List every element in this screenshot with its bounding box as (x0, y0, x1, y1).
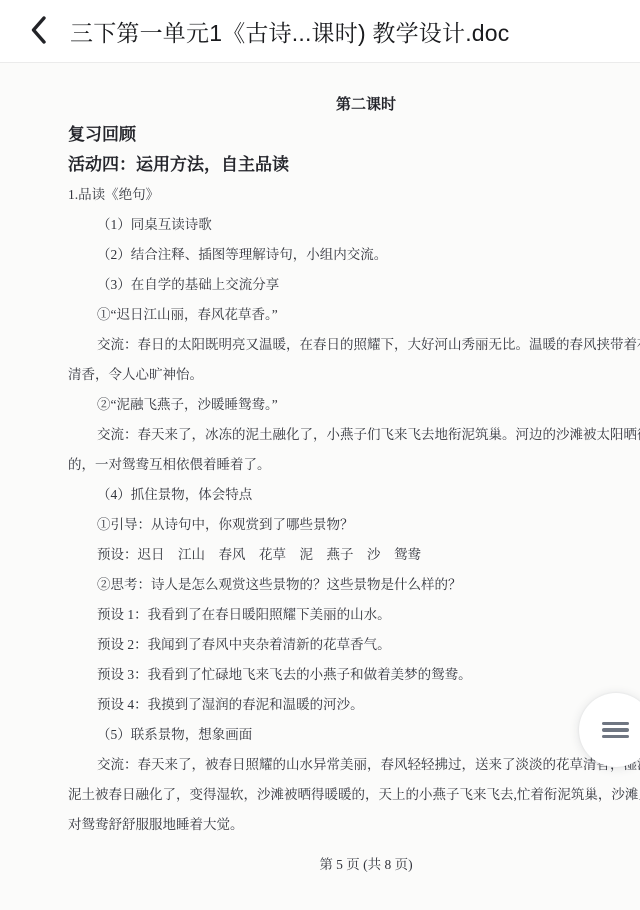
doc-line: （2）结合注释、插图等理解诗句，小组内交流。 (68, 240, 640, 270)
app-header: 三下第一单元1《古诗...课时) 教学设计.doc (0, 0, 640, 63)
doc-line: ①引导：从诗句中，你观赏到了哪些景物？ (68, 510, 640, 540)
doc-line: 清香，令人心旷神怡。 (68, 360, 640, 390)
doc-line: 复习回顾 (68, 120, 640, 150)
doc-line: 预设：迟日 江山 春风 花草 泥 燕子 沙 鸳鸯 (68, 540, 640, 570)
doc-line: 活动四：运用方法，自主品读 (68, 150, 640, 180)
doc-line: 的，一对鸳鸯互相依偎着睡着了。 (68, 450, 640, 480)
doc-line: （1）同桌互读诗歌 (68, 210, 640, 240)
chevron-left-icon (28, 14, 48, 49)
doc-line: 交流：春天来了，冰冻的泥土融化了，小燕子们飞来飞去地衔泥筑巢。河边的沙滩被太阳晒… (68, 420, 640, 450)
hamburger-menu-icon (602, 718, 629, 741)
back-button[interactable] (0, 0, 58, 63)
doc-line: ①“迟日江山丽，春风花草香。” (68, 300, 640, 330)
doc-line: 泥土被春日融化了，变得湿软，沙滩被晒得暖暖的，天上的小燕子飞来飞去,忙着衔泥筑巢… (68, 780, 640, 810)
doc-line: （4）抓住景物，体会特点 (68, 480, 640, 510)
doc-line: 交流：春日的太阳既明亮又温暖，在春日的照耀下，大好河山秀丽无比。温暖的春风挟带着… (68, 330, 640, 360)
doc-line: 预设 4：我摸到了湿润的春泥和温暖的河沙。 (68, 690, 640, 720)
doc-line: 1.品读《绝句》 (68, 180, 640, 210)
doc-line: ②思考：诗人是怎么观赏这些景物的？这些景物是什么样的？ (68, 570, 640, 600)
document-page: 第二课时复习回顾活动四：运用方法，自主品读1.品读《绝句》（1）同桌互读诗歌（2… (68, 63, 640, 880)
document-title: 三下第一单元1《古诗...课时) 教学设计.doc (70, 15, 509, 48)
doc-line: ②“泥融飞燕子，沙暖睡鸳鸯。” (68, 390, 640, 420)
page-number: 第 5 页 (共 8 页) (68, 850, 640, 880)
document-scroll-area[interactable]: 第二课时复习回顾活动四：运用方法，自主品读1.品读《绝句》（1）同桌互读诗歌（2… (0, 63, 640, 910)
doc-line: 预设 1：我看到了在春日暖阳照耀下美丽的山水。 (68, 600, 640, 630)
doc-line: （3）在自学的基础上交流分享 (68, 270, 640, 300)
doc-line: 第二课时 (68, 90, 640, 120)
doc-line: 预设 2：我闻到了春风中夹杂着清新的花草香气。 (68, 630, 640, 660)
doc-line: 交流：春天来了，被春日照耀的山水异常美丽，春风轻轻拂过，送来了淡淡的花草清香，湿… (68, 750, 640, 780)
document-lines: 第二课时复习回顾活动四：运用方法，自主品读1.品读《绝句》（1）同桌互读诗歌（2… (68, 90, 640, 840)
doc-line: 预设 3：我看到了忙碌地飞来飞去的小燕子和做着美梦的鸳鸯。 (68, 660, 640, 690)
doc-line: （5）联系景物，想象画面 (68, 720, 640, 750)
doc-line: 对鸳鸯舒舒服服地睡着大觉。 (68, 810, 640, 840)
